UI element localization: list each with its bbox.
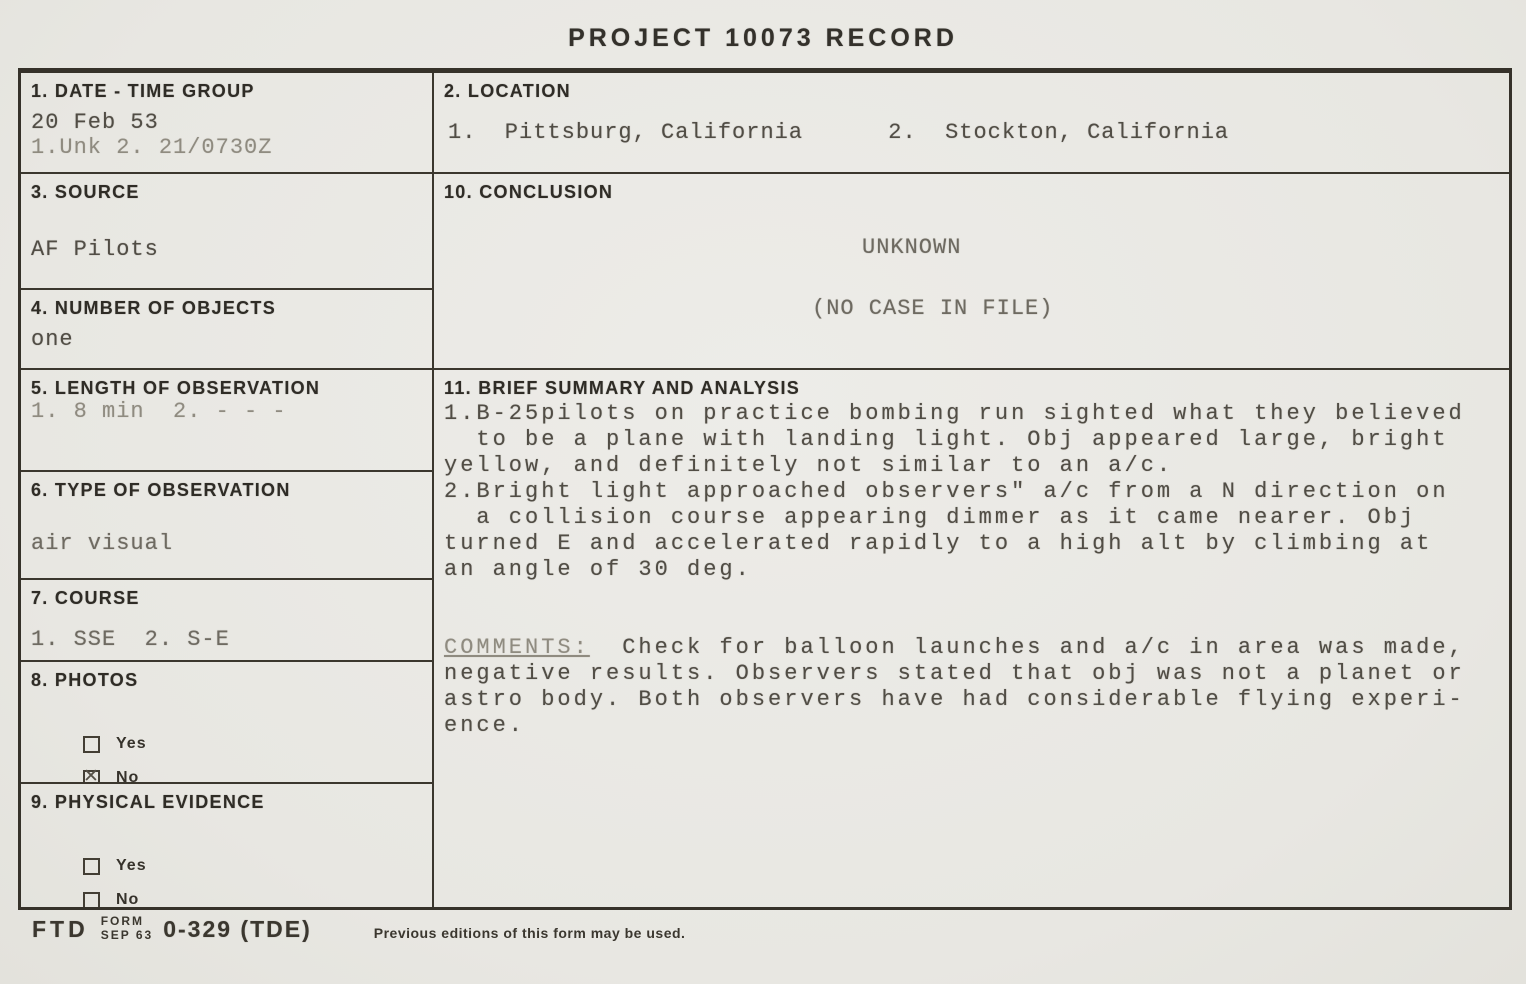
box-brief-summary: 11. BRIEF SUMMARY AND ANALYSIS 1.B-25pil…	[434, 370, 1509, 907]
form-right-column: 2. LOCATION 1. Pittsburg, California 2. …	[434, 73, 1509, 907]
box-number-of-objects: 4. NUMBER OF OBJECTS one	[21, 290, 432, 370]
form-footer: FTD FORM SEP 63 0-329 (TDE) Previous edi…	[32, 914, 685, 943]
source-value: AF Pilots	[31, 237, 422, 262]
photos-yes-row: Yes	[83, 731, 422, 757]
box-course: 7. COURSE 1. SSE 2. S-E	[21, 580, 432, 662]
conclusion-label: 10. CONCLUSION	[444, 182, 1499, 203]
date-time-group-value-1: 20 Feb 53	[31, 110, 422, 135]
box-photos: 8. PHOTOS Yes ✕ No	[21, 662, 432, 784]
length-of-observation-value: 1. 8 min 2. - - -	[31, 399, 422, 424]
photos-no-checkbox: ✕	[83, 770, 100, 785]
physical-evidence-no-label: No	[116, 891, 139, 907]
photos-yes-label: Yes	[116, 735, 147, 753]
scanned-record-page: PROJECT 10073 RECORD 1. DATE - TIME GROU…	[0, 0, 1526, 984]
location-value: 1. Pittsburg, California 2. Stockton, Ca…	[444, 120, 1499, 145]
footer-ftd: FTD	[32, 916, 89, 943]
course-value: 1. SSE 2. S-E	[31, 627, 422, 652]
physical-evidence-yes-label: Yes	[116, 857, 147, 875]
physical-evidence-yes-checkbox	[83, 858, 100, 875]
conclusion-value-2: (NO CASE IN FILE)	[444, 296, 1499, 321]
type-of-observation-label: 6. TYPE OF OBSERVATION	[31, 480, 422, 501]
brief-summary-body: 1.B-25pilots on practice bombing run sig…	[444, 401, 1499, 583]
box-location: 2. LOCATION 1. Pittsburg, California 2. …	[434, 73, 1509, 174]
conclusion-value-1: UNKNOWN	[444, 235, 1499, 260]
footer-note: Previous editions of this form may be us…	[374, 925, 686, 941]
photos-no-row: ✕ No	[83, 765, 422, 784]
photos-label: 8. PHOTOS	[31, 670, 422, 691]
physical-evidence-no-row: No	[83, 887, 422, 907]
footer-form-number: 0-329 (TDE)	[163, 916, 312, 943]
photos-yes-checkbox	[83, 736, 100, 753]
number-of-objects-label: 4. NUMBER OF OBJECTS	[31, 298, 422, 319]
physical-evidence-yes-row: Yes	[83, 853, 422, 879]
number-of-objects-value: one	[31, 327, 422, 352]
footer-form-edition: FORM SEP 63	[101, 914, 153, 942]
physical-evidence-label: 9. PHYSICAL EVIDENCE	[31, 792, 422, 813]
length-of-observation-label: 5. LENGTH OF OBSERVATION	[31, 378, 422, 399]
course-label: 7. COURSE	[31, 588, 422, 609]
box-date-time-group: 1. DATE - TIME GROUP 20 Feb 53 1.Unk 2. …	[21, 73, 432, 174]
box-length-of-observation: 5. LENGTH OF OBSERVATION 1. 8 min 2. - -…	[21, 370, 432, 472]
record-form-table: 1. DATE - TIME GROUP 20 Feb 53 1.Unk 2. …	[18, 68, 1512, 910]
box-conclusion: 10. CONCLUSION UNKNOWN (NO CASE IN FILE)	[434, 174, 1509, 370]
date-time-group-value-2: 1.Unk 2. 21/0730Z	[31, 135, 422, 160]
date-time-group-label: 1. DATE - TIME GROUP	[31, 81, 422, 102]
brief-summary-label: 11. BRIEF SUMMARY AND ANALYSIS	[444, 378, 1499, 399]
comments-paragraph: COMMENTS: Check for balloon launches and…	[444, 635, 1499, 739]
form-left-column: 1. DATE - TIME GROUP 20 Feb 53 1.Unk 2. …	[21, 73, 434, 907]
physical-evidence-no-checkbox	[83, 892, 100, 908]
location-label: 2. LOCATION	[444, 81, 1499, 102]
type-of-observation-value: air visual	[31, 531, 422, 556]
comments-body: Check for balloon launches and a/c in ar…	[444, 635, 1465, 738]
photos-no-label: No	[116, 769, 139, 784]
page-title: PROJECT 10073 RECORD	[0, 24, 1526, 53]
checkbox-x-mark: ✕	[83, 767, 100, 785]
comments-label: COMMENTS:	[444, 635, 590, 660]
box-type-of-observation: 6. TYPE OF OBSERVATION air visual	[21, 472, 432, 580]
footer-form-word: FORM	[101, 914, 153, 928]
source-label: 3. SOURCE	[31, 182, 422, 203]
box-source: 3. SOURCE AF Pilots	[21, 174, 432, 290]
footer-edition: SEP 63	[101, 928, 153, 942]
box-physical-evidence: 9. PHYSICAL EVIDENCE Yes No	[21, 784, 432, 907]
